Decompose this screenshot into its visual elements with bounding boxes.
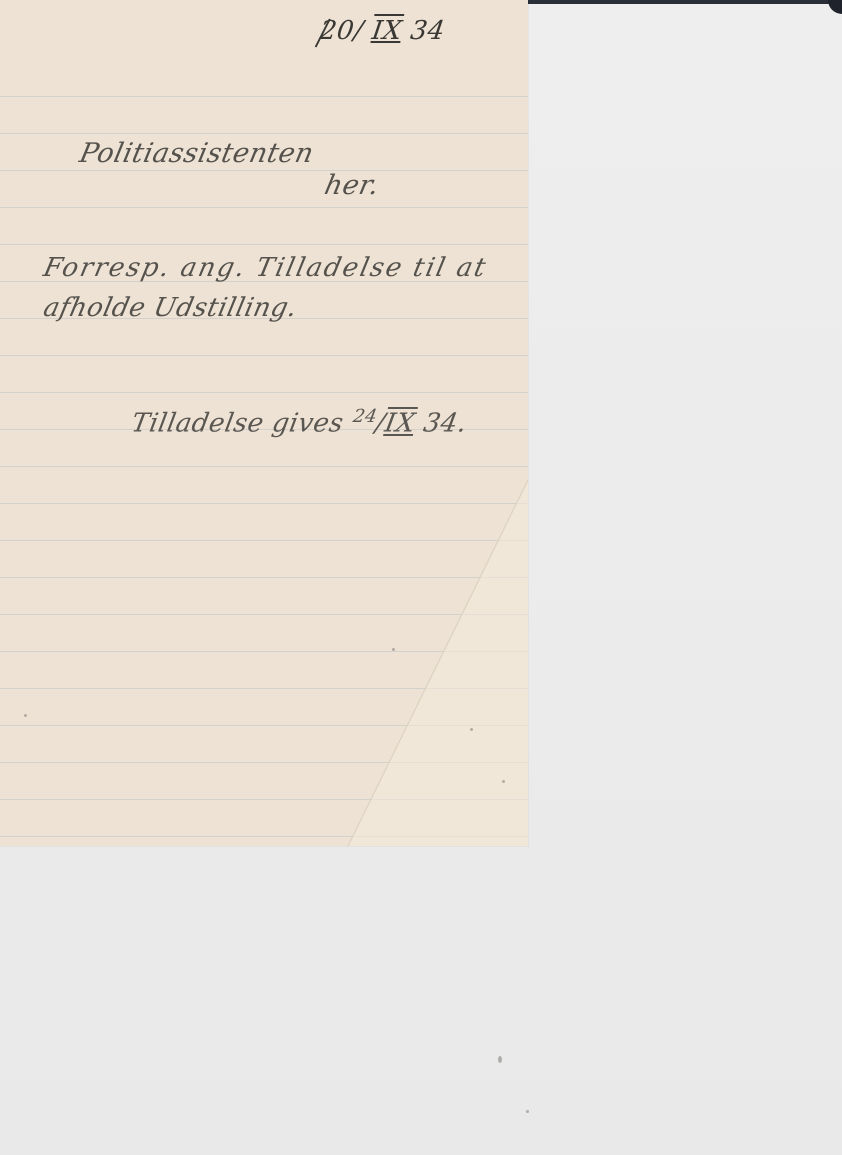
resolution-date-month: IX xyxy=(383,409,418,439)
header-date-year: 34 xyxy=(409,16,447,46)
dust-speck xyxy=(392,648,395,651)
header-date-day: 20 xyxy=(318,16,356,46)
resolution-date-day: 24 xyxy=(351,406,379,427)
letter-sheet: 20/ IX 34 Politiassistenten her. Forresp… xyxy=(0,0,528,846)
resolution-note: Tilladelse gives 24/IX 34. xyxy=(129,406,470,439)
header-date: 20/ IX 34 xyxy=(318,16,447,46)
scan-dust-mark xyxy=(526,1110,529,1113)
scanner-lid-edge xyxy=(528,0,842,4)
header-date-month: IX xyxy=(370,16,404,46)
resolution-text: Tilladelse gives xyxy=(129,409,346,439)
resolution-date-year: 34. xyxy=(421,409,469,439)
body-line1: Forresp. ang. Tilladelse til at xyxy=(41,253,490,283)
body-line2: afholde Udstilling. xyxy=(41,293,300,323)
scan-dust-mark xyxy=(498,1056,502,1063)
dust-speck xyxy=(502,780,505,783)
addressee-line2: her. xyxy=(322,170,382,201)
addressee-line1: Politiassistenten xyxy=(77,138,317,169)
dust-speck xyxy=(24,714,27,717)
dust-speck xyxy=(470,728,473,731)
ruled-lines xyxy=(0,67,528,846)
